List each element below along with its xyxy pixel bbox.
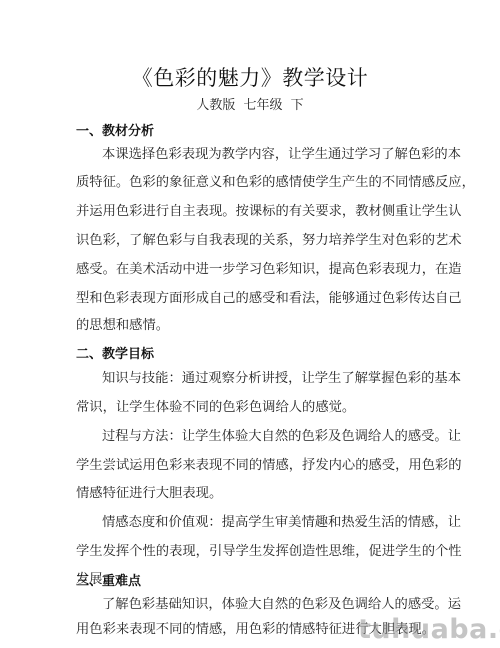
section-heading: 三、重难点 [76, 570, 141, 589]
paragraph-line: 情感态度和价值观：提高学生审美情趣和热爱生活的情感，让 [102, 514, 426, 532]
paragraph-line: 情感特征进行大胆表现。 [76, 485, 426, 503]
watermark: tuhuaba.com [358, 614, 500, 645]
paragraph-line: 质特征。色彩的象征意义和色彩的感情使学生产生的不同情感反应， [76, 174, 426, 192]
paragraph-line: 过程与方法：让学生体验大自然的色彩及色调给人的感受。让 [102, 428, 426, 446]
section-heading: 一、教材分析 [76, 120, 154, 139]
paragraph-line: 的思想和感情。 [76, 317, 426, 335]
section-heading: 二、教学目标 [76, 343, 154, 362]
paragraph-line: 了解色彩基础知识，体验大自然的色彩及色调给人的感受。运 [102, 596, 426, 614]
document-subtitle: 人教版 七年级 下 [0, 94, 500, 113]
paragraph-line: 学生尝试运用色彩来表现不同的情感，抒发内心的感受，用色彩的 [76, 457, 426, 475]
paragraph-line: 感受。在美术活动中进一步学习色彩知识，提高色彩表现力，在造 [76, 261, 426, 279]
paragraph-line: 学生发挥个性的表现，引导学生发挥创造性思维，促进学生的个性 [76, 543, 426, 561]
document-title: 《色彩的魅力》教学设计 [0, 62, 500, 92]
paragraph-line: 知识与技能：通过观察分析讲授，让学生了解掌握色彩的基本 [102, 370, 426, 388]
paragraph-line: 并运用色彩进行自主表现。按课标的有关要求，教材侧重让学生认 [76, 203, 426, 221]
paragraph-line: 型和色彩表现方面形成自己的感受和看法，能够通过色彩传达自己 [76, 290, 426, 308]
paragraph-line: 常识，让学生体验不同的色彩色调给人的感觉。 [76, 399, 426, 417]
paragraph-line: 本课选择色彩表现为教学内容，让学生通过学习了解色彩的本 [102, 146, 426, 164]
paragraph-line: 识色彩，了解色彩与自我表现的关系，努力培养学生对色彩的艺术 [76, 232, 426, 250]
